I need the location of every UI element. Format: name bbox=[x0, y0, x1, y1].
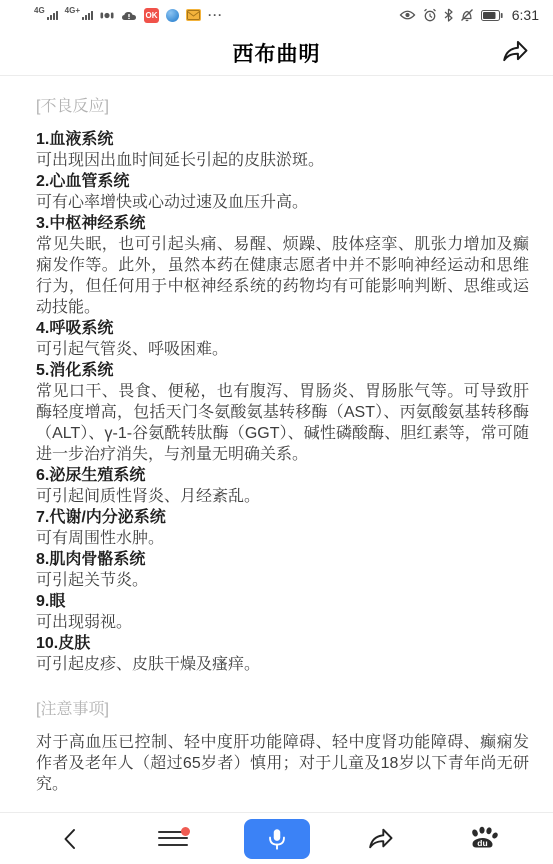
status-bar-left: 4G 4G+ OK bbox=[34, 8, 223, 23]
voice-search-button[interactable] bbox=[244, 819, 310, 859]
drug-info-content: [不良反应] 1.血液系统 可出现因出血时间延长引起的皮肤淤斑。 2.心血管系统… bbox=[0, 76, 553, 812]
menu-button[interactable] bbox=[141, 817, 205, 861]
svg-text:du: du bbox=[477, 838, 487, 848]
item-heading: 9.眼 bbox=[36, 591, 529, 612]
section-label-adverse-reactions: [不良反应] bbox=[36, 96, 529, 117]
headset-icon bbox=[100, 10, 114, 21]
item-body: 可引起皮疹、皮肤干燥及瘙痒。 bbox=[36, 654, 529, 675]
adverse-item: 4.呼吸系统 可引起气管炎、呼吸困难。 bbox=[36, 318, 529, 360]
precautions-text: 对于高血压已控制、轻中度肝功能障碍、轻中度肾功能障碍、癫痫发作者及老年人（超过6… bbox=[36, 732, 529, 795]
item-body: 可出现因出血时间延长引起的皮肤淤斑。 bbox=[36, 150, 529, 171]
adverse-item: 3.中枢神经系统 常见失眠，也可引起头痛、易醒、烦躁、肢体痉挛、肌张力增加及癫痫… bbox=[36, 213, 529, 318]
adverse-item: 1.血液系统 可出现因出血时间延长引起的皮肤淤斑。 bbox=[36, 129, 529, 171]
adverse-item: 9.眼 可出现弱视。 bbox=[36, 591, 529, 633]
cloud-notification-icon bbox=[121, 10, 137, 21]
forward-share-icon bbox=[367, 826, 394, 851]
adverse-item: 5.消化系统 常见口干、畏食、便秘，也有腹泻、胃肠炎、胃肠胀气等。可导致肝酶轻度… bbox=[36, 360, 529, 465]
bluetooth-icon bbox=[444, 8, 453, 22]
section-label-precautions: [注意事项] bbox=[36, 699, 529, 720]
item-heading: 8.肌肉骨骼系统 bbox=[36, 549, 529, 570]
signal-4g-plus-label: 4G+ bbox=[65, 7, 80, 15]
item-heading: 10.皮肤 bbox=[36, 633, 529, 654]
clock-time: 6:31 bbox=[512, 7, 539, 23]
item-heading: 7.代谢/内分泌系统 bbox=[36, 507, 529, 528]
item-body: 常见失眠，也可引起头痛、易醒、烦躁、肢体痉挛、肌张力增加及癫痫发作等。此外，虽然… bbox=[36, 234, 529, 318]
alarm-clock-icon bbox=[423, 8, 437, 22]
mute-bell-icon bbox=[460, 8, 474, 22]
back-chevron-icon bbox=[63, 828, 76, 850]
baidu-paw-icon: du bbox=[468, 825, 500, 853]
share-icon[interactable] bbox=[501, 38, 529, 64]
item-body: 可有心率增快或心动过速及血压升高。 bbox=[36, 192, 529, 213]
item-body: 常见口干、畏食、便秘，也有腹泻、胃肠炎、胃肠胀气等。可导致肝酶轻度增高，包括天门… bbox=[36, 381, 529, 465]
item-heading: 4.呼吸系统 bbox=[36, 318, 529, 339]
status-bar: 4G 4G+ OK bbox=[0, 0, 553, 30]
forward-share-button[interactable] bbox=[349, 817, 413, 861]
blue-circle-app-icon bbox=[166, 9, 179, 22]
notification-dot bbox=[181, 827, 190, 836]
adverse-item: 7.代谢/内分泌系统 可有周围性水肿。 bbox=[36, 507, 529, 549]
item-heading: 5.消化系统 bbox=[36, 360, 529, 381]
status-bar-right: 6:31 bbox=[399, 7, 539, 23]
adverse-item: 6.泌尿生殖系统 可引起间质性肾炎、月经紊乱。 bbox=[36, 465, 529, 507]
item-heading: 6.泌尿生殖系统 bbox=[36, 465, 529, 486]
page-title: 西布曲明 bbox=[233, 38, 321, 68]
signal-4g-plus-icon: 4G+ bbox=[65, 11, 93, 20]
phone-screen: 4G 4G+ OK bbox=[0, 0, 553, 864]
item-body: 可引起气管炎、呼吸困难。 bbox=[36, 339, 529, 360]
item-heading: 3.中枢神经系统 bbox=[36, 213, 529, 234]
more-notifications-icon: ··· bbox=[208, 9, 223, 21]
battery-icon bbox=[481, 10, 503, 21]
mail-app-icon bbox=[186, 9, 201, 21]
adverse-item: 10.皮肤 可引起皮疹、皮肤干燥及瘙痒。 bbox=[36, 633, 529, 675]
item-body: 可有周围性水肿。 bbox=[36, 528, 529, 549]
item-heading: 1.血液系统 bbox=[36, 129, 529, 150]
adverse-item: 2.心血管系统 可有心率增快或心动过速及血压升高。 bbox=[36, 171, 529, 213]
item-body: 可引起关节炎。 bbox=[36, 570, 529, 591]
item-body: 可引起间质性肾炎、月经紊乱。 bbox=[36, 486, 529, 507]
adverse-item: 8.肌肉骨骼系统 可引起关节炎。 bbox=[36, 549, 529, 591]
item-heading: 2.心血管系统 bbox=[36, 171, 529, 192]
hamburger-menu-icon bbox=[158, 831, 188, 847]
signal-4g-icon: 4G bbox=[34, 11, 58, 20]
item-body: 可出现弱视。 bbox=[36, 612, 529, 633]
signal-4g-label: 4G bbox=[34, 7, 45, 15]
title-bar: 西布曲明 bbox=[0, 30, 553, 76]
bottom-navigation-bar: du bbox=[0, 812, 553, 864]
microphone-icon bbox=[264, 826, 290, 852]
baidu-home-button[interactable]: du bbox=[452, 817, 516, 861]
eye-comfort-icon bbox=[399, 9, 416, 21]
ok-notification-badge: OK bbox=[144, 8, 159, 23]
back-button[interactable] bbox=[38, 817, 102, 861]
